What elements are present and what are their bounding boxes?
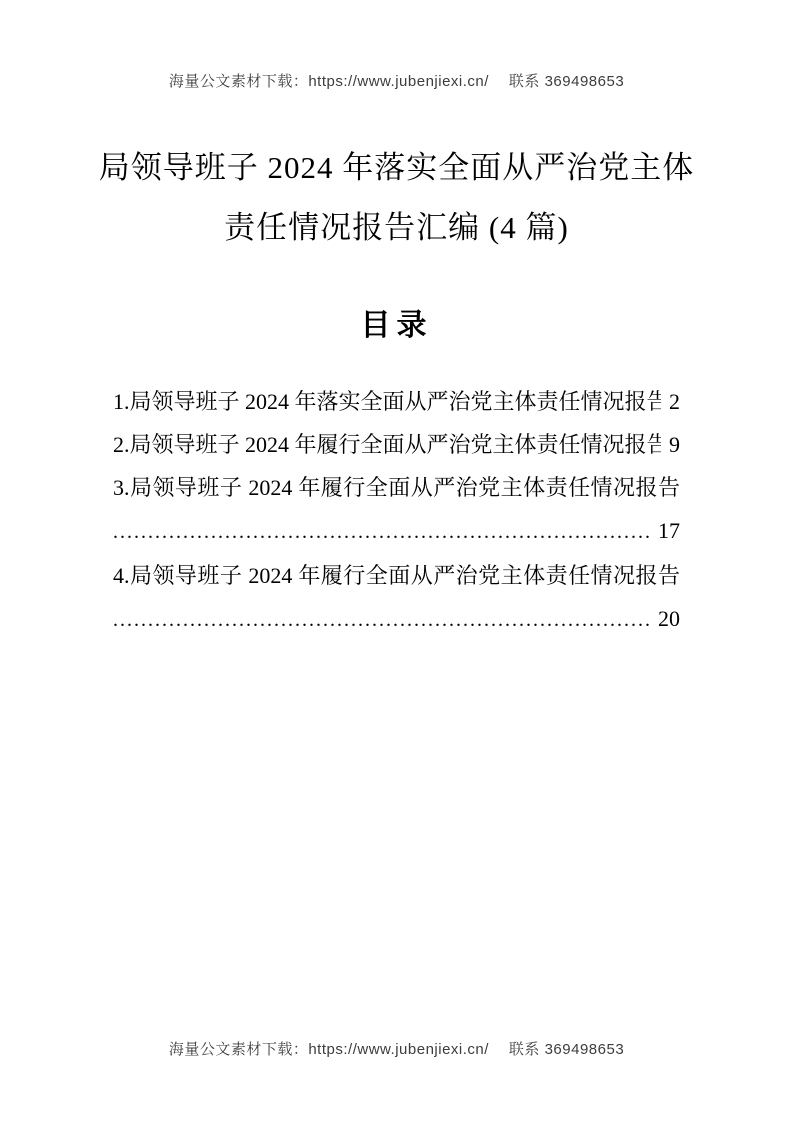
- toc-entry-text: 1.局领导班子 2024 年落实全面从严治党主体责任情况报告: [113, 380, 661, 423]
- document-page: 海量公文素材下载：https://www.jubenjiexi.cn/联系 36…: [0, 0, 793, 1122]
- watermark-label: 海量公文素材下载：: [169, 73, 309, 90]
- watermark-contact: 联系 369498653: [509, 73, 624, 90]
- toc-entry-1[interactable]: 1.局领导班子 2024 年落实全面从严治党主体责任情况报告 2: [113, 380, 680, 423]
- title-line-2: 责任情况报告汇编 (4 篇): [0, 198, 793, 258]
- toc-entry-4[interactable]: 4.局领导班子 2024 年履行全面从严治党主体责任情况报告 20: [113, 554, 680, 642]
- toc-entry-text: 3.局领导班子 2024 年履行全面从严治党主体责任情况报告: [113, 466, 680, 509]
- dot-leader: [113, 511, 651, 554]
- toc-entry-3[interactable]: 3.局领导班子 2024 年履行全面从严治党主体责任情况报告 17: [113, 466, 680, 554]
- toc-entry-page: 17: [658, 509, 680, 552]
- toc-heading: 目录: [0, 300, 793, 344]
- title-line-1: 局领导班子 2024 年落实全面从严治党主体: [0, 138, 793, 198]
- toc-entry-page: 9: [669, 423, 680, 466]
- watermark-label: 海量公文素材下载：: [169, 1041, 309, 1058]
- watermark-url-link[interactable]: https://www.jubenjiexi.cn/: [308, 73, 489, 90]
- toc-entry-page: 20: [658, 597, 680, 640]
- toc-entry-text: 4.局领导班子 2024 年履行全面从严治党主体责任情况报告: [113, 554, 680, 597]
- dot-leader: [113, 599, 651, 642]
- toc-entry-2[interactable]: 2.局领导班子 2024 年履行全面从严治党主体责任情况报告 9: [113, 423, 680, 466]
- toc-entry-text: 2.局领导班子 2024 年履行全面从严治党主体责任情况报告: [113, 423, 661, 466]
- watermark-url-link[interactable]: https://www.jubenjiexi.cn/: [308, 1041, 489, 1058]
- footer-watermark: 海量公文素材下载：https://www.jubenjiexi.cn/联系 36…: [0, 1038, 793, 1059]
- watermark-contact: 联系 369498653: [509, 1041, 624, 1058]
- header-watermark: 海量公文素材下载：https://www.jubenjiexi.cn/联系 36…: [0, 70, 793, 91]
- toc-list: 1.局领导班子 2024 年落实全面从严治党主体责任情况报告 2 2.局领导班子…: [113, 380, 680, 642]
- toc-entry-page: 2: [669, 380, 680, 423]
- document-title: 局领导班子 2024 年落实全面从严治党主体 责任情况报告汇编 (4 篇): [0, 138, 793, 258]
